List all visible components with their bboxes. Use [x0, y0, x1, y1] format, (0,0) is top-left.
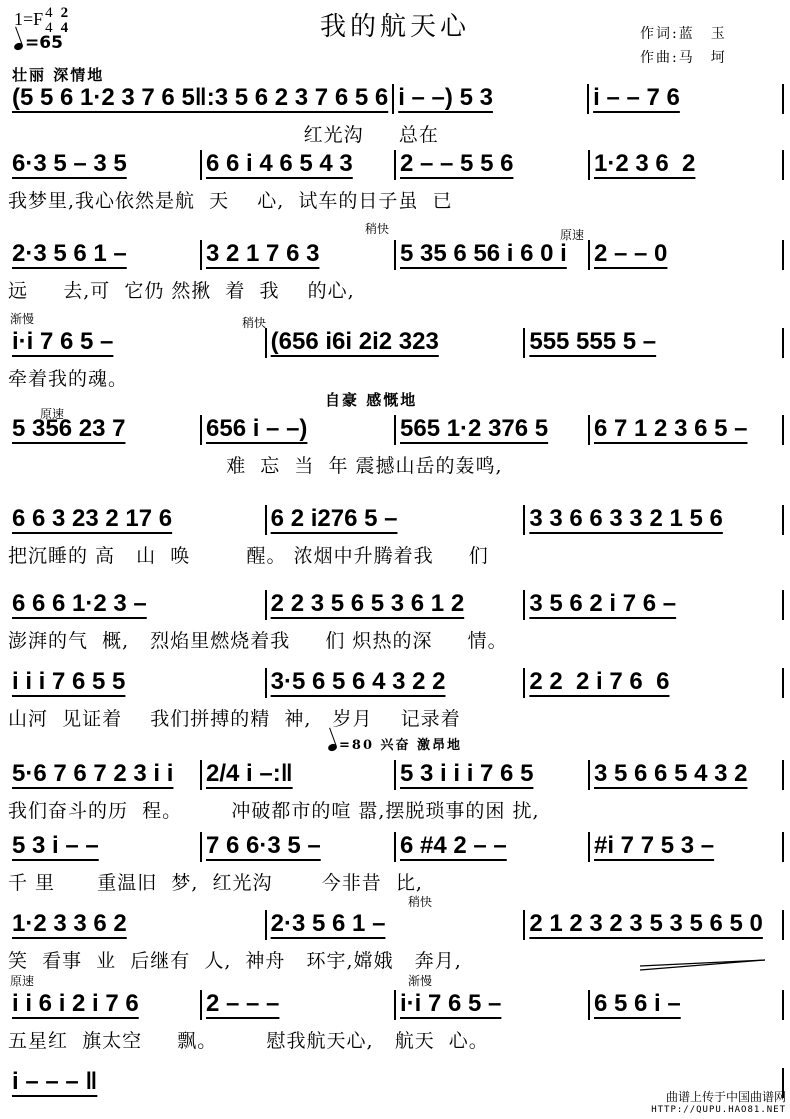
- measure: (656 i6i 2i2 323: [267, 328, 524, 358]
- measure: 6 6 3 23 2 17 6: [8, 505, 265, 535]
- lyrics-line: 千 里 重温旧 梦, 红光沟 今非昔 比,: [8, 868, 788, 895]
- barline: [782, 590, 784, 620]
- expression-marking: 壮丽 深情地: [12, 64, 104, 85]
- measure: 3·5 6 5 6 4 3 2 2: [267, 668, 524, 698]
- staff-line: 5·6 7 6 7 2 3 i i2/4 i –:‖5 3 i i i 7 6 …: [8, 760, 784, 790]
- lyrics-line: 把沉睡的 高 山 唤 醒。 浓烟中升腾着我 们: [8, 541, 788, 568]
- measure: 3 5 6 6 5 4 3 2: [590, 760, 782, 790]
- barline: [782, 150, 784, 180]
- measure: i·i 7 6 5 –: [8, 328, 265, 358]
- measure: 3 2 1 7 6 3: [202, 240, 394, 270]
- measure: 5·6 7 6 7 2 3 i i: [8, 760, 200, 790]
- measure: i i 6 i 2 i 7 6: [8, 990, 200, 1020]
- staff-line: i i 6 i 2 i 7 62 – – –i·i 7 6 5 –6 5 6 i…: [8, 990, 784, 1020]
- time-signature-2-4: 24: [61, 6, 69, 36]
- barline: [782, 760, 784, 790]
- measure: i – – 7 6: [589, 84, 782, 114]
- measure: 2 – – –: [202, 990, 394, 1020]
- lyricist: 作词:蓝 玉: [640, 22, 727, 46]
- credits: 作词:蓝 玉 作曲:马 坷: [640, 22, 727, 70]
- measure: 6 2 i276 5 –: [267, 505, 524, 535]
- site-name: 曲谱上传于中国曲谱网: [651, 1091, 786, 1104]
- tempo-change: =80 兴奋 激昂地: [328, 734, 462, 753]
- lyrics-line: 牵着我的魂。: [8, 364, 788, 391]
- tempo-mark: 稍快: [365, 220, 389, 237]
- measure: 6 #4 2 – –: [396, 832, 588, 862]
- tempo-mark: 渐慢: [408, 972, 432, 989]
- measure: 2/4 i –:‖: [202, 760, 394, 790]
- measure: 5 3 i i i 7 6 5: [396, 760, 588, 790]
- measure: 6 6 6 1·2 3 –: [8, 590, 265, 620]
- staff-line: 1·2 3 3 6 22·3 5 6 1 –2 1 2 3 2 3 5 3 5 …: [8, 910, 784, 940]
- measure: 1·2 3 3 6 2: [8, 910, 265, 940]
- barline: [782, 84, 784, 114]
- tempo-mark: 稍快: [242, 314, 266, 331]
- measure: 2 2 2 i 7 6 6: [525, 668, 782, 698]
- staff-line: 5 3 i – –7 6 6·3 5 –6 #4 2 – –#i 7 7 5 3…: [8, 832, 784, 862]
- tempo-marking: =65: [14, 33, 63, 53]
- expression-marking: 自豪 感慨地: [325, 389, 417, 410]
- measure: 2 2 3 5 6 5 3 6 1 2: [267, 590, 524, 620]
- lyrics-line: 难 忘 当 年 震撼山岳的轰鸣,: [8, 451, 788, 478]
- barline: [782, 505, 784, 535]
- decrescendo-hairpin: [640, 958, 765, 980]
- measure: 6·3 5 – 3 5: [8, 150, 200, 180]
- measure: 2 – – 5 5 6: [396, 150, 588, 180]
- measure: 565 1·2 376 5: [396, 415, 588, 445]
- barline: [782, 990, 784, 1020]
- time-signature-4-4: 44: [45, 6, 53, 36]
- lyrics-line: 我们奋斗的历 程。 冲破都市的喧 嚣,摆脱琐事的困 扰,: [8, 796, 788, 823]
- measure: 656 i – –): [202, 415, 394, 445]
- staff-line: 6 6 3 23 2 17 66 2 i276 5 –3 3 6 6 3 3 2…: [8, 505, 784, 535]
- staff-line: i i i 7 6 5 53·5 6 5 6 4 3 2 22 2 2 i 7 …: [8, 668, 784, 698]
- measure: 6 5 6 i –: [590, 990, 782, 1020]
- measure: 3 3 6 6 3 3 2 1 5 6: [525, 505, 782, 535]
- watermark: 曲谱上传于中国曲谱网 HTTP://QUPU.HAO81.NET: [651, 1091, 786, 1117]
- measure: 7 6 6·3 5 –: [202, 832, 394, 862]
- barline: [782, 328, 784, 358]
- lyrics-line: 远 去,可 它仍 然揪 着 我 的心,: [8, 276, 788, 303]
- quarter-note-icon: [13, 42, 24, 52]
- measure: 1·2 3 6 2: [590, 150, 782, 180]
- lyrics-line: 红光沟 总在: [8, 120, 788, 147]
- key-signature: 1=F4424: [14, 6, 68, 36]
- measure: 2·3 5 6 1 –: [267, 910, 524, 940]
- barline: [782, 240, 784, 270]
- measure: i·i 7 6 5 –: [396, 990, 588, 1020]
- barline: [782, 910, 784, 940]
- barline: [782, 832, 784, 862]
- measure: 6 6 i 4 6 5 4 3: [202, 150, 394, 180]
- staff-line: 2·3 5 6 1 –3 2 1 7 6 35 35 6 56 i 6 0 i2…: [8, 240, 784, 270]
- measure: 2·3 5 6 1 –: [8, 240, 200, 270]
- measure: i – –) 5 3: [394, 84, 587, 114]
- lyrics-line: 澎湃的气 概, 烈焰里燃烧着我 们 炽热的深 情。: [8, 626, 788, 653]
- measure: i i i 7 6 5 5: [8, 668, 265, 698]
- lyrics-line: 我梦里,我心依然是航 天 心, 试车的日子虽 已: [8, 186, 788, 213]
- barline: [782, 415, 784, 445]
- tempo-mark: 原速: [40, 405, 64, 422]
- lyrics-line: 五星红 旗太空 飘。 慰我航天心, 航天 心。: [8, 1026, 788, 1053]
- measure: 2 – – 0: [590, 240, 782, 270]
- lyrics-line: 山河 见证着 我们拼搏的精 神, 岁月 记录着: [8, 704, 788, 731]
- key-label: 1=F: [14, 9, 43, 29]
- site-url: HTTP://QUPU.HAO81.NET: [651, 1104, 786, 1117]
- measure: 2 1 2 3 2 3 5 3 5 6 5 0: [525, 910, 782, 940]
- tempo-mark: 稍快: [408, 893, 432, 910]
- staff-line: 6 6 6 1·2 3 –2 2 3 5 6 5 3 6 1 23 5 6 2 …: [8, 590, 784, 620]
- quarter-note-icon: [327, 743, 338, 753]
- staff-line: (5 5 6 1·2 3 7 6 5‖:3 5 6 2 3 7 6 5 6i –…: [8, 84, 784, 114]
- tempo-mark: 渐慢: [10, 310, 34, 327]
- staff-line: 5 356 23 7656 i – –)565 1·2 376 56 7 1 2…: [8, 415, 784, 445]
- tempo-mark: 原速: [10, 972, 34, 989]
- staff-line: i·i 7 6 5 –(656 i6i 2i2 323555 555 5 –: [8, 328, 784, 358]
- measure: #i 7 7 5 3 –: [590, 832, 782, 862]
- measure: 5 356 23 7: [8, 415, 200, 445]
- composer: 作曲:马 坷: [640, 46, 727, 70]
- staff-line: 6·3 5 – 3 56 6 i 4 6 5 4 32 – – 5 5 61·2…: [8, 150, 784, 180]
- measure: 555 555 5 –: [525, 328, 782, 358]
- measure: 5 35 6 56 i 6 0 i: [396, 240, 588, 270]
- tempo-mark: 原速: [560, 226, 584, 243]
- measure: (5 5 6 1·2 3 7 6 5‖:3 5 6 2 3 7 6 5 6: [8, 84, 392, 114]
- barline: [782, 668, 784, 698]
- measure: 5 3 i – –: [8, 832, 200, 862]
- measure: 3 5 6 2 i 7 6 –: [525, 590, 782, 620]
- measure: 6 7 1 2 3 6 5 –: [590, 415, 782, 445]
